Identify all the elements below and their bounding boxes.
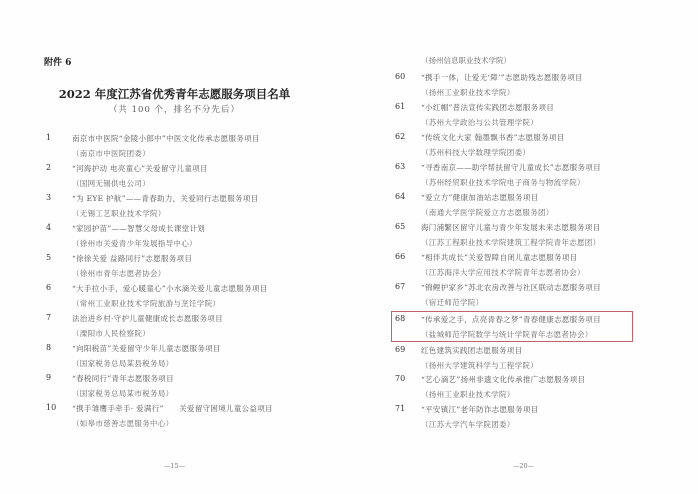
continued-org: （扬州信息职业技术学院） <box>421 55 511 66</box>
entry-org: （宿迁师范学院） <box>421 297 483 308</box>
entry-org: （国家税务总局某县税务局） <box>72 358 173 369</box>
list-item: 60 “携手一体，让爱无‘障’”志愿助残志愿服务项目 （扬州工业职业技术学院） <box>349 72 698 102</box>
entry-number: 9 <box>46 373 51 382</box>
list-item: 61 “小红帽”普法宣传实践团志愿服务项目 （苏州大学政治与公共管理学院） <box>349 102 698 132</box>
entry-number: 7 <box>46 313 51 322</box>
attachment-label: 附件 6 <box>44 55 71 68</box>
entry-org: （溧阳市人民检察院） <box>72 328 150 339</box>
list-item: 64 “爱立方”健康加油站志愿服务项目 （南通大学医学院爱立方志愿服务团） <box>349 192 698 222</box>
page-number: —20— <box>349 462 698 470</box>
right-page: （扬州信息职业技术学院） 60 “携手一体，让爱无‘障’”志愿助残志愿服务项目 … <box>349 0 698 494</box>
entry-name: “小红帽”普法宣传实践团志愿服务项目 <box>421 102 554 113</box>
entry-org: （国家税务总局某市税务局） <box>72 388 173 399</box>
entry-name: 红色建筑实践团志愿服务项目 <box>421 345 522 356</box>
entry-number: 1 <box>46 133 51 142</box>
entry-number: 4 <box>46 223 51 232</box>
entry-name: “河海护动 电亮童心”关爱留守儿童项目 <box>72 163 208 174</box>
document-subtitle: （共 100 个，排名不分先后） <box>0 103 349 115</box>
document-title: 2022 年度江苏省优秀青年志愿服务项目名单 <box>0 86 349 102</box>
entry-number: 2 <box>46 163 51 172</box>
left-page: 附件 6 2022 年度江苏省优秀青年志愿服务项目名单 （共 100 个，排名不… <box>0 0 349 494</box>
entry-org: （徐州市青年志愿者协会） <box>72 268 166 279</box>
list-item: 63 “寻香南京——助学帮扶留守儿童成长”志愿服务项目 （苏州经贸职业技术学院电… <box>349 162 698 192</box>
entry-name: 法治进乡村·守护儿童健康成长志愿服务项目 <box>72 313 223 324</box>
entry-org: （如皋市慈善志愿服务中心） <box>72 418 173 429</box>
list-item: 62 “传统文化大家 翰墨飘书香”志愿服务项目 （苏州科技大学数理学院团委） <box>349 132 698 162</box>
list-item: 65 海门浦繁区留守儿童与青少年发展未来志愿服务项目 （江苏工程职业技术学院建筑… <box>349 222 698 252</box>
entry-name: “相伴共成长”关爱智障自闭儿童志愿服务项目 <box>421 252 577 263</box>
list-item: 7 法治进乡村·守护儿童健康成长志愿服务项目 （溧阳市人民检察院） <box>0 313 349 343</box>
list-item: 70 “艺心滴艺”扬州非遗文化传承推广志愿服务项目 （扬州工业职业技术学院） <box>349 374 698 404</box>
entry-name: “锦鲤护家乡”苏北农房改善与社区联动志愿服务项目 <box>421 282 601 293</box>
entry-name: “携手雏鹰手牵手· 爱满行” 关爱留守困境儿童公益项目 <box>72 403 273 414</box>
entry-number: 65 <box>395 222 405 231</box>
entry-org: （国网无锡供电公司） <box>72 178 150 189</box>
entry-org: （扬州工业职业技术学院） <box>421 87 515 98</box>
entry-org: （南京市中医院团委） <box>72 148 150 159</box>
list-item-highlighted: 68 “传承爱之手，点亮青春之梦”青春健康志愿服务项目 （盐城师范学院数学与统计… <box>349 314 698 344</box>
entry-number: 8 <box>46 343 51 352</box>
list-item: 4 “家园护苗”——智慧父母成长课堂计划 （徐州市关爱青少年发展指导中心） <box>0 223 349 253</box>
list-item: 6 “大手拉小手，爱心暖童心”小水滴关爱儿童志愿服务项目 （常州工业职业技术学院… <box>0 283 349 313</box>
entry-org: （扬州大学建筑科学与工程学院） <box>421 360 538 371</box>
entry-name: “爱立方”健康加油站志愿服务项目 <box>421 192 538 203</box>
entry-org: （江苏工程职业技术学院建筑工程学院青年志愿团） <box>421 237 600 248</box>
entry-org: （徐州市关爱青少年发展指导中心） <box>72 238 197 249</box>
entry-number: 61 <box>395 102 405 111</box>
list-item: 66 “相伴共成长”关爱智障自闭儿童志愿服务项目 （江苏海洋大学应用技术学院青年… <box>349 252 698 282</box>
entry-name: 海门浦繁区留守儿童与青少年发展未来志愿服务项目 <box>421 222 600 233</box>
entry-number: 62 <box>395 132 405 141</box>
entry-number: 60 <box>395 72 405 81</box>
entry-name: “春税同行”青年志愿服务项目 <box>72 373 174 384</box>
entry-number: 64 <box>395 192 405 201</box>
entry-number: 5 <box>46 253 51 262</box>
entry-number: 6 <box>46 283 51 292</box>
entry-number: 71 <box>395 404 405 413</box>
list-item: 3 “为 EYE 护航”——青春助力，关爱同行志愿服务项目 （无锡工艺职业技术学… <box>0 193 349 223</box>
list-item: 2 “河海护动 电亮童心”关爱留守儿童项目 （国网无锡供电公司） <box>0 163 349 193</box>
entry-name: “大手拉小手，爱心暖童心”小水滴关爱儿童志愿服务项目 <box>72 283 267 294</box>
entry-org: （苏州经贸职业技术学院电子商务与物流学院） <box>421 177 585 188</box>
entry-org: （苏州科技大学数理学院团委） <box>421 147 530 158</box>
entry-name: “家园护苗”——智慧父母成长课堂计划 <box>72 223 205 234</box>
list-item: 1 南京市中医院“金陵小郎中”中医文化传承志愿服务项目 （南京市中医院团委） <box>0 133 349 163</box>
entry-name: “艺心滴艺”扬州非遗文化传承推广志愿服务项目 <box>421 374 585 385</box>
entry-org: （盐城师范学院数学与统计学院青年志愿者协会） <box>421 329 593 340</box>
entry-number: 69 <box>395 345 405 354</box>
entry-org: （南通大学医学院爱立方志愿服务团） <box>421 207 554 218</box>
entry-org: （扬州工业职业技术学院） <box>421 389 515 400</box>
entry-name: “寻香南京——助学帮扶留守儿童成长”志愿服务项目 <box>421 162 601 173</box>
entry-name: “传统文化大家 翰墨飘书香”志愿服务项目 <box>421 132 565 143</box>
list-item: 8 “向阳税苗”关爱留守少年儿童志愿服务项目 （国家税务总局某县税务局） <box>0 343 349 373</box>
entry-org: （无锡工艺职业技术学院） <box>72 208 166 219</box>
entry-number: 70 <box>395 374 405 383</box>
list-item: 9 “春税同行”青年志愿服务项目 （国家税务总局某市税务局） <box>0 373 349 403</box>
entry-number: 3 <box>46 193 51 202</box>
page-number: —15— <box>0 462 349 470</box>
list-item: 10 “携手雏鹰手牵手· 爱满行” 关爱留守困境儿童公益项目 （如皋市慈善志愿服… <box>0 403 349 433</box>
entry-name: “徐徐关爱 益路同行”志愿服务项目 <box>72 253 192 264</box>
entry-org: （苏州大学政治与公共管理学院） <box>421 117 538 128</box>
entry-org: （常州工业职业技术学院旅游与烹饪学院） <box>72 298 220 309</box>
entry-name: “传承爱之手，点亮青春之梦”青春健康志愿服务项目 <box>421 314 601 325</box>
entry-name: “平安镇江”老年防诈志愿服务项目 <box>421 404 538 415</box>
list-item: 67 “锦鲤护家乡”苏北农房改善与社区联动志愿服务项目 （宿迁师范学院） <box>349 282 698 312</box>
entry-org: （江苏大学汽车学院团委） <box>421 419 515 430</box>
entry-name: “向阳税苗”关爱留守少年儿童志愿服务项目 <box>72 343 221 354</box>
entry-org: （江苏海洋大学应用技术学院青年志愿者协会） <box>421 267 585 278</box>
entry-number: 66 <box>395 252 405 261</box>
entry-number: 67 <box>395 282 405 291</box>
entry-name: “携手一体，让爱无‘障’”志愿助残志愿服务项目 <box>421 72 583 83</box>
list-item: 71 “平安镇江”老年防诈志愿服务项目 （江苏大学汽车学院团委） <box>349 404 698 434</box>
entry-number: 68 <box>395 314 405 323</box>
entry-number: 10 <box>46 403 56 412</box>
entry-name: “为 EYE 护航”——青春助力，关爱同行志愿服务项目 <box>72 193 258 204</box>
list-item: 69 红色建筑实践团志愿服务项目 （扬州大学建筑科学与工程学院） <box>349 345 698 375</box>
entry-number: 63 <box>395 162 405 171</box>
entry-name: 南京市中医院“金陵小郎中”中医文化传承志愿服务项目 <box>72 133 260 144</box>
list-item: 5 “徐徐关爱 益路同行”志愿服务项目 （徐州市青年志愿者协会） <box>0 253 349 283</box>
